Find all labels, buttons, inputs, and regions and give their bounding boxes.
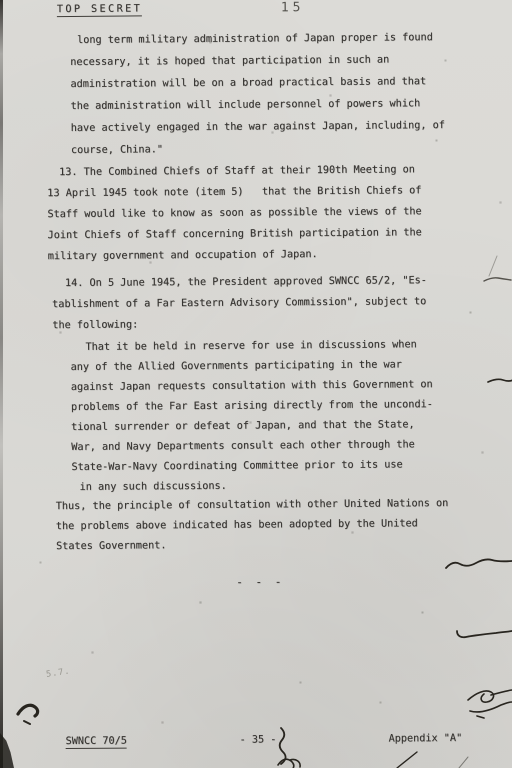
footer-document-id: SWNCC 70/5 bbox=[66, 736, 127, 749]
text-line: long term military administration of Jap… bbox=[70, 27, 444, 52]
paragraph-13: 13. The Combined Chiefs of Staff at thei… bbox=[47, 159, 422, 267]
text-line: War, and Navy Departments consult each o… bbox=[71, 435, 433, 458]
text-line: Joint Chiefs of Staff concerning British… bbox=[48, 222, 422, 246]
text-line: That it be held in reserve for use in di… bbox=[70, 335, 432, 358]
text-line: 14. On 5 June 1945, the President approv… bbox=[52, 270, 427, 294]
paragraph-14: 14. On 5 June 1945, the President approv… bbox=[52, 270, 427, 336]
text-line: against Japan requests consultation with… bbox=[71, 375, 433, 398]
text-line: Staff would like to know as soon as poss… bbox=[47, 201, 421, 225]
text-line: the administration will include personne… bbox=[71, 93, 445, 118]
text-line: administration will be on a broad practi… bbox=[70, 71, 444, 96]
text-line: any of the Allied Governments participat… bbox=[71, 355, 433, 378]
text-line: 13 April 1945 took note (item 5) that th… bbox=[47, 180, 421, 204]
text-line: the following: bbox=[52, 312, 427, 336]
text-line: course, China." bbox=[71, 137, 445, 162]
text-line: States Government. bbox=[56, 534, 449, 557]
scan-edge-shadow bbox=[0, 0, 3, 768]
section-divider: - - - bbox=[4, 574, 512, 591]
text-line: have actively engaged in the war against… bbox=[71, 115, 445, 140]
document-body: TOP SECRET 15 long term military adminis… bbox=[0, 0, 512, 768]
footer-page-number: - 35 - bbox=[240, 734, 277, 745]
text-line: 13. The Combined Chiefs of Staff at thei… bbox=[47, 159, 421, 183]
text-line: necessary, it is hoped that participatio… bbox=[70, 49, 444, 74]
text-line: tablishment of a Far Eastern Advisory Co… bbox=[52, 291, 427, 315]
footer-appendix-label: Appendix "A" bbox=[389, 733, 463, 745]
paragraph-quote-continuation: long term military administration of Jap… bbox=[70, 27, 445, 162]
text-line: military government and occupation of Ja… bbox=[48, 243, 422, 267]
page-number-top: 15 bbox=[281, 0, 305, 15]
text-line: tional surrender or defeat of Japan, and… bbox=[71, 415, 433, 438]
pencil-note: 5.7. bbox=[45, 666, 71, 679]
text-line: problems of the Far East arising directl… bbox=[71, 395, 433, 418]
text-line: the problems above indicated has been ad… bbox=[56, 514, 449, 537]
paragraph-closing: Thus, the principle of consultation with… bbox=[56, 494, 449, 557]
classification-stamp: TOP SECRET bbox=[57, 3, 142, 17]
text-line: State-War-Navy Coordinating Committee pr… bbox=[71, 455, 433, 478]
scanned-document-page: TOP SECRET 15 long term military adminis… bbox=[0, 0, 512, 768]
paragraph-blockquote: That it be held in reserve for use in di… bbox=[70, 335, 433, 498]
